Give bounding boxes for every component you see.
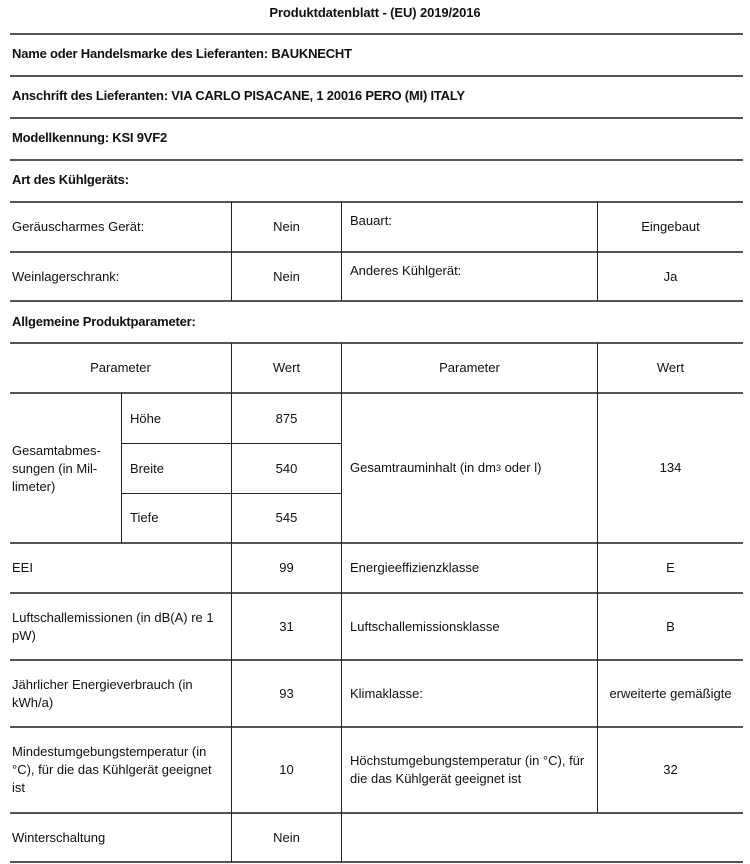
divider	[10, 159, 743, 161]
volume-label: Gesamtrauminhalt (in dm3 oder l)	[342, 394, 597, 542]
row-empty	[342, 814, 743, 861]
row-label: EEI	[10, 544, 230, 592]
row-label: Bauart:	[342, 198, 597, 246]
row-label: Anderes Kühlgerät:	[342, 248, 597, 295]
row-value: 10	[232, 728, 341, 812]
dimension-value: 540	[232, 444, 341, 493]
dimension-value: 875	[232, 394, 341, 443]
row-label: Weinlagerschrank:	[10, 253, 230, 300]
row-value: E	[598, 544, 743, 592]
row-value: Ja	[598, 253, 743, 300]
volume-label-post: oder l)	[501, 459, 541, 477]
row-value: 99	[232, 544, 341, 592]
dimensions-label-line: sungen (in Mil-	[12, 460, 97, 478]
row-label: Energieeffizienzklasse	[342, 544, 597, 592]
supplier-name: Name oder Handelsmarke des Lieferanten: …	[12, 46, 352, 61]
row-label: Mindestumgebungstemperatur (in °C), für …	[10, 728, 226, 812]
document-title: Produktdatenblatt - (EU) 2019/2016	[0, 5, 750, 20]
row-value: erweiterte gemäßigte	[598, 661, 743, 726]
row-value: B	[598, 594, 743, 659]
volume-value: 134	[598, 394, 743, 542]
column-header: Wert	[232, 344, 341, 392]
row-value: Nein	[232, 253, 341, 300]
column-header: Wert	[598, 344, 743, 392]
divider	[10, 75, 743, 77]
column-header: Parameter	[342, 344, 597, 392]
row-value: Nein	[232, 814, 341, 861]
row-label: Luftschallemissionsklasse	[342, 594, 597, 659]
table-border	[10, 861, 743, 863]
row-label: Winterschaltung	[10, 814, 230, 861]
row-label: Jährlicher Energieverbrauch (in kWh/a)	[10, 661, 228, 726]
dimension-name: Höhe	[122, 394, 231, 443]
row-value: 31	[232, 594, 341, 659]
divider	[10, 33, 743, 35]
general-params-heading: Allgemeine Produktparameter:	[12, 314, 196, 329]
row-label: Luftschallemissionen (in dB(A) re 1 pW)	[10, 594, 228, 659]
row-value: 93	[232, 661, 341, 726]
row-label: Geräuscharmes Gerät:	[10, 203, 230, 251]
appliance-type-heading: Art des Kühlgeräts:	[12, 172, 129, 187]
dimension-name: Tiefe	[122, 494, 231, 542]
dimensions-label-line: limeter)	[12, 478, 55, 496]
row-label: Höchstumgebungstemperatur (in °C), für d…	[342, 728, 592, 812]
row-value: 32	[598, 728, 743, 812]
row-label: Klimaklasse:	[342, 661, 597, 726]
dimension-value: 545	[232, 494, 341, 542]
table-border	[10, 300, 743, 302]
volume-label-pre: Gesamtrauminhalt (in dm	[350, 459, 496, 477]
column-header: Parameter	[10, 344, 231, 392]
dimension-name: Breite	[122, 444, 231, 493]
divider	[10, 117, 743, 119]
dimensions-label-line: Gesamtabmes-	[12, 442, 101, 460]
dimensions-label: Gesamtabmes- sungen (in Mil- limeter)	[10, 394, 120, 543]
supplier-address: Anschrift des Lieferanten: VIA CARLO PIS…	[12, 88, 465, 103]
model-id: Modellkennung: KSI 9VF2	[12, 130, 167, 145]
row-value: Eingebaut	[598, 203, 743, 251]
row-value: Nein	[232, 203, 341, 251]
